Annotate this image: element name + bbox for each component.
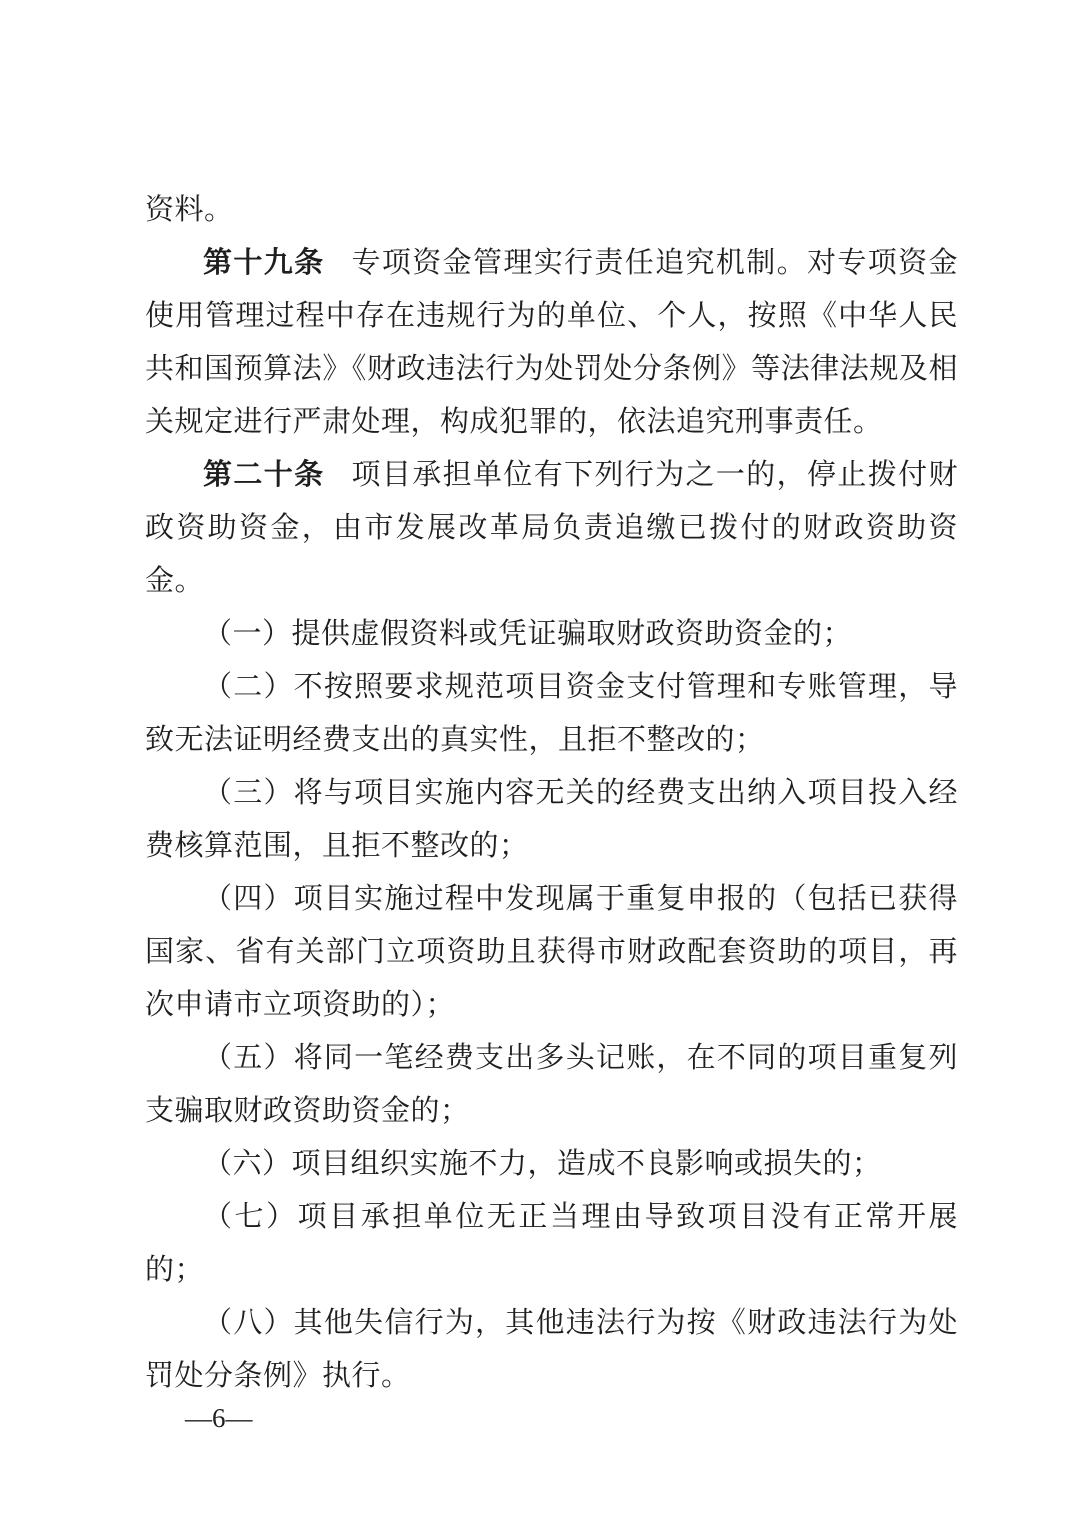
list-item-1-text: （一）提供虚假资料或凭证骗取财政资助资金的； xyxy=(203,618,852,650)
list-item-6-text: （六）项目组织实施不力，造成不良影响或损失的； xyxy=(203,1148,882,1180)
article-19-number: 第十九条 xyxy=(203,247,324,279)
list-item-7: （七）项目承担单位无正当理由导致项目没有正常开展的； xyxy=(145,1191,958,1297)
list-item-2: （二）不按照要求规范项目资金支付管理和专账管理，导致无法证明经费支出的真实性，且… xyxy=(145,661,958,767)
list-item-5-text: （五）将同一笔经费支出多头记账，在不同的项目重复列支骗取财政资助资金的； xyxy=(145,1042,958,1127)
list-item-5: （五）将同一笔经费支出多头记账，在不同的项目重复列支骗取财政资助资金的； xyxy=(145,1032,958,1138)
list-item-8: （八）其他失信行为，其他违法行为按《财政违法行为处罚处分条例》执行。 xyxy=(145,1297,958,1403)
document-page: 资料。 第十九条专项资金管理实行责任追究机制。对专项资金使用管理过程中存在违规行… xyxy=(0,0,1080,1527)
list-item-7-text: （七）项目承担单位无正当理由导致项目没有正常开展的； xyxy=(145,1201,958,1286)
list-item-6: （六）项目组织实施不力，造成不良影响或损失的； xyxy=(145,1138,958,1191)
list-item-2-text: （二）不按照要求规范项目资金支付管理和专账管理，导致无法证明经费支出的真实性，且… xyxy=(145,671,958,756)
paragraph-article-19: 第十九条专项资金管理实行责任追究机制。对专项资金使用管理过程中存在违规行为的单位… xyxy=(145,237,958,449)
list-item-3-text: （三）将与项目实施内容无关的经费支出纳入项目投入经费核算范围，且拒不整改的； xyxy=(145,777,958,862)
article-20-number: 第二十条 xyxy=(203,459,324,491)
list-item-1: （一）提供虚假资料或凭证骗取财政资助资金的； xyxy=(145,608,958,661)
paragraph-text: 资料。 xyxy=(145,194,234,226)
list-item-8-text: （八）其他失信行为，其他违法行为按《财政违法行为处罚处分条例》执行。 xyxy=(145,1307,958,1392)
paragraph-continuation: 资料。 xyxy=(145,184,958,237)
list-item-4: （四）项目实施过程中发现属于重复申报的（包括已获得国家、省有关部门立项资助且获得… xyxy=(145,873,958,1032)
paragraph-article-20: 第二十条项目承担单位有下列行为之一的，停止拨付财政资助资金，由市发展改革局负责追… xyxy=(145,449,958,608)
document-body: 资料。 第十九条专项资金管理实行责任追究机制。对专项资金使用管理过程中存在违规行… xyxy=(145,184,958,1403)
list-item-4-text: （四）项目实施过程中发现属于重复申报的（包括已获得国家、省有关部门立项资助且获得… xyxy=(145,883,958,1021)
list-item-3: （三）将与项目实施内容无关的经费支出纳入项目投入经费核算范围，且拒不整改的； xyxy=(145,767,958,873)
page-number: —6— xyxy=(185,1398,253,1438)
